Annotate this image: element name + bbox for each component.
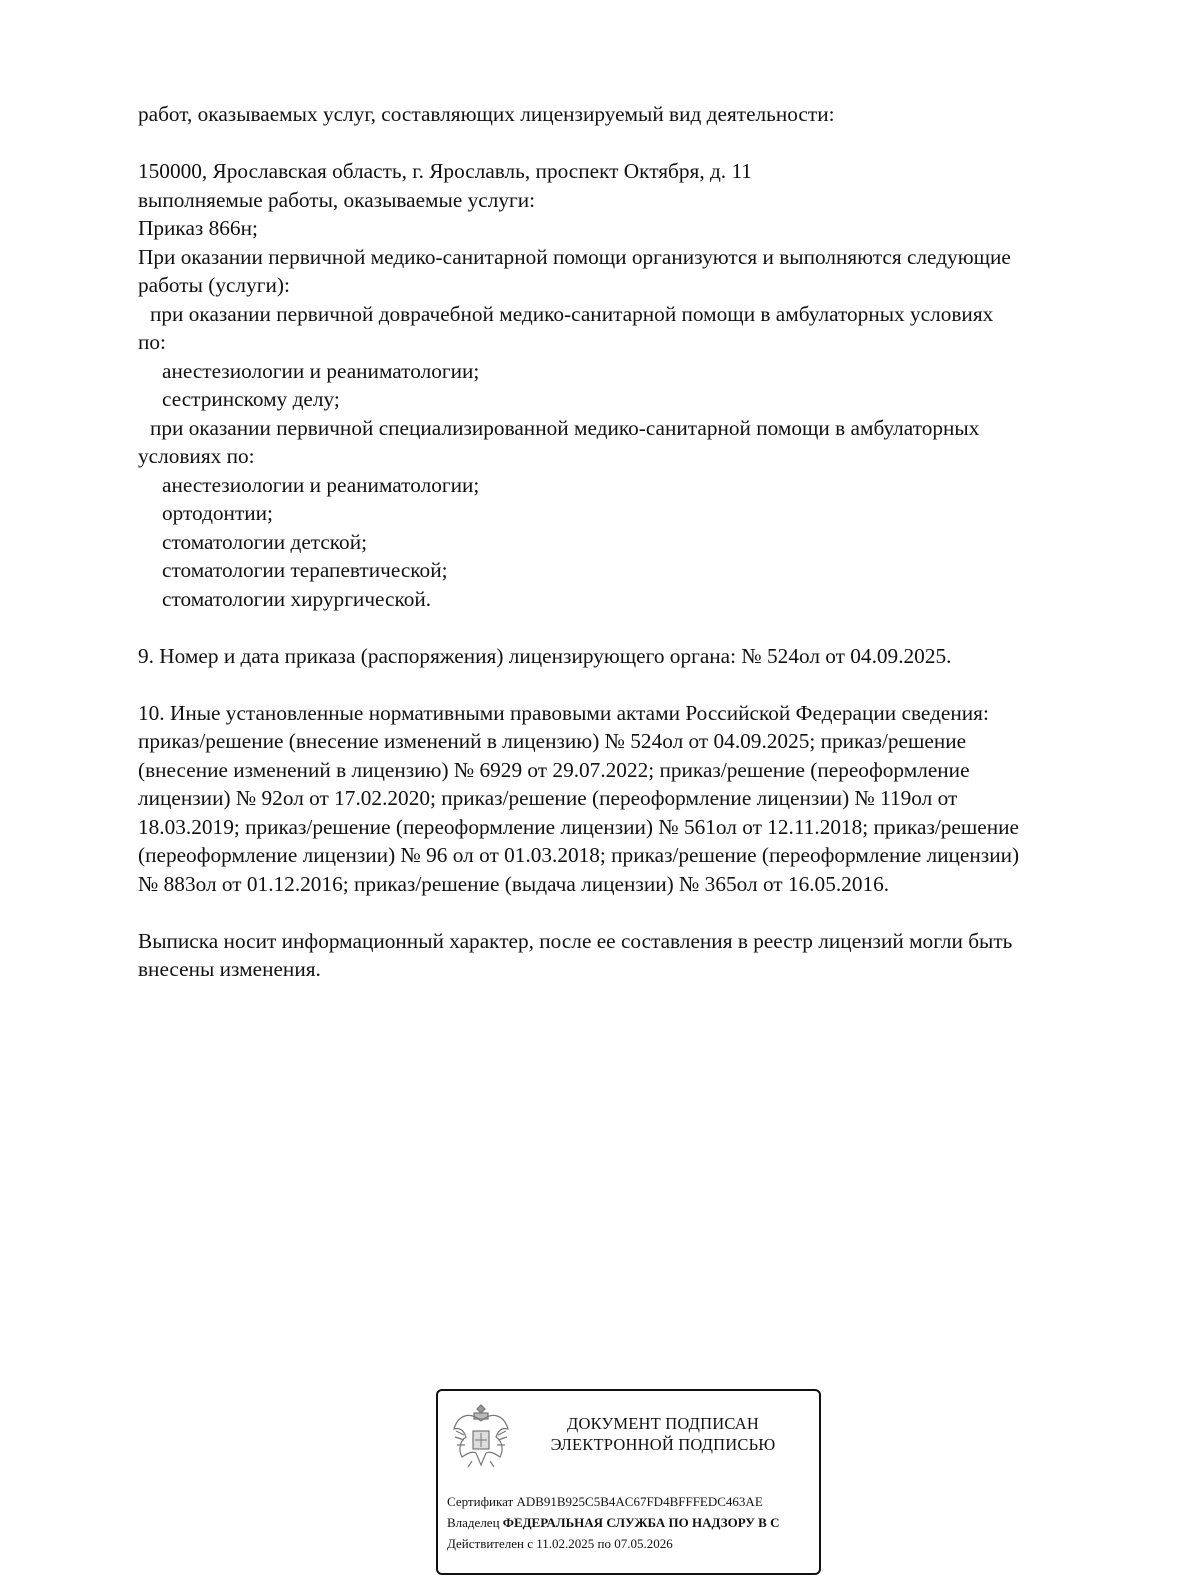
e-signature-stamp: ДОКУМЕНТ ПОДПИСАН ЭЛЕКТРОННОЙ ПОДПИСЬЮ С… bbox=[436, 1389, 821, 1575]
validity-row: Действителен с 11.02.2025 по 07.05.2026 bbox=[447, 1533, 779, 1554]
text-line: при оказании первичной специализированно… bbox=[138, 414, 1128, 443]
text-line: № 883ол от 01.12.2016; приказ/решение (в… bbox=[138, 870, 1128, 899]
owner-row: Владелец ФЕДЕРАЛЬНАЯ СЛУЖБА ПО НАДЗОРУ В… bbox=[447, 1512, 779, 1533]
text-line: 10. Иные установленные нормативными прав… bbox=[138, 699, 1128, 728]
text-line: анестезиологии и реаниматологии; bbox=[138, 357, 1128, 386]
text-line: лицензии) № 92ол от 17.02.2020; приказ/р… bbox=[138, 784, 1128, 813]
certificate-label: Сертификат bbox=[447, 1494, 513, 1509]
certificate-row: Сертификат ADB91B925C5B4AC67FD4BFFFEDC46… bbox=[447, 1491, 779, 1512]
owner-value: ФЕДЕРАЛЬНАЯ СЛУЖБА ПО НАДЗОРУ В С bbox=[503, 1515, 780, 1530]
text-line: 150000, Ярославская область, г. Ярославл… bbox=[138, 157, 1128, 186]
text-line: работ, оказываемых услуг, составляющих л… bbox=[138, 100, 1128, 129]
certificate-value: ADB91B925C5B4AC67FD4BFFFEDC463AE bbox=[516, 1494, 762, 1509]
text-line: стоматологии хирургической. bbox=[138, 585, 1128, 614]
text-line: ортодонтии; bbox=[138, 499, 1128, 528]
stamp-title: ДОКУМЕНТ ПОДПИСАН ЭЛЕКТРОННОЙ ПОДПИСЬЮ bbox=[528, 1413, 798, 1455]
coat-of-arms-icon bbox=[450, 1401, 512, 1471]
text-line: по: bbox=[138, 328, 1128, 357]
text-line: 9. Номер и дата приказа (распоряжения) л… bbox=[138, 642, 1128, 671]
stamp-title-line1: ДОКУМЕНТ ПОДПИСАН bbox=[528, 1413, 798, 1434]
text-line: Приказ 866н; bbox=[138, 214, 1128, 243]
text-line: стоматологии терапевтической; bbox=[138, 556, 1128, 585]
paragraph-gap bbox=[138, 613, 1128, 642]
stamp-info: Сертификат ADB91B925C5B4AC67FD4BFFFEDC46… bbox=[447, 1491, 779, 1554]
text-line: 18.03.2019; приказ/решение (переоформлен… bbox=[138, 813, 1128, 842]
text-line: сестринскому делу; bbox=[138, 385, 1128, 414]
text-line: Выписка носит информационный характер, п… bbox=[138, 927, 1128, 956]
text-line: работы (услуги): bbox=[138, 271, 1128, 300]
text-line: условиях по: bbox=[138, 442, 1128, 471]
text-line: при оказании первичной доврачебной медик… bbox=[138, 300, 1128, 329]
text-line: внесены изменения. bbox=[138, 955, 1128, 984]
text-line: приказ/решение (внесение изменений в лиц… bbox=[138, 727, 1128, 756]
text-line: анестезиологии и реаниматологии; bbox=[138, 471, 1128, 500]
paragraph-gap bbox=[138, 670, 1128, 699]
text-line: (внесение изменений в лицензию) № 6929 о… bbox=[138, 756, 1128, 785]
text-line: При оказании первичной медико-санитарной… bbox=[138, 243, 1128, 272]
paragraph-gap bbox=[138, 129, 1128, 158]
owner-label: Владелец bbox=[447, 1515, 500, 1530]
document-body: работ, оказываемых услуг, составляющих л… bbox=[138, 100, 1128, 984]
text-line: стоматологии детской; bbox=[138, 528, 1128, 557]
text-line: выполняемые работы, оказываемые услуги: bbox=[138, 186, 1128, 215]
paragraph-gap bbox=[138, 898, 1128, 927]
stamp-title-line2: ЭЛЕКТРОННОЙ ПОДПИСЬЮ bbox=[528, 1434, 798, 1455]
text-line: (переоформление лицензии) № 96 ол от 01.… bbox=[138, 841, 1128, 870]
